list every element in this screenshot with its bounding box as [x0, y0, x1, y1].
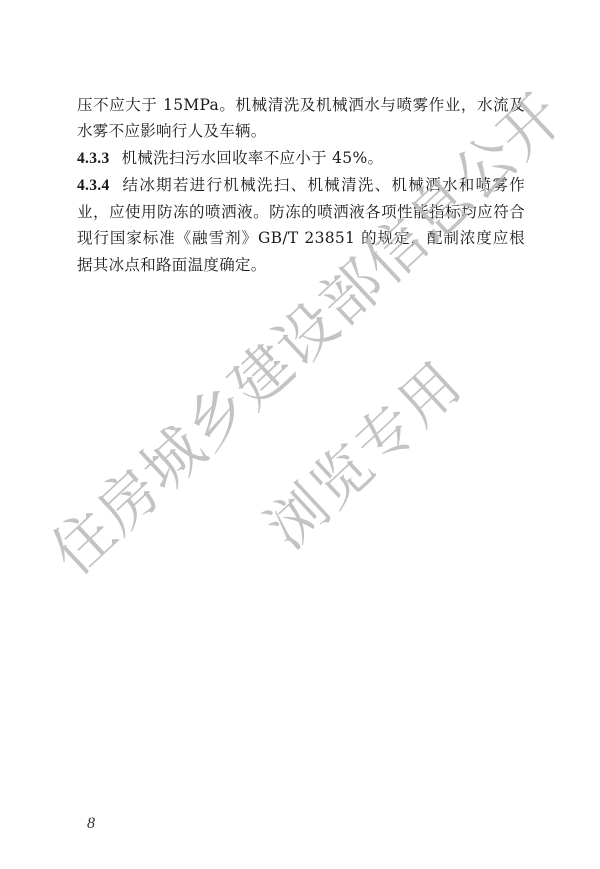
paragraph-continuation: 压不应大于 15MPa。机械清洗及机械洒水与喷雾作业，水流及水雾不应影响行人及车…	[77, 92, 525, 145]
clause-4-3-3: 4.3.3机械洗扫污水回收率不应小于 45%。	[77, 145, 525, 172]
clause-number: 4.3.3	[77, 150, 110, 167]
clause-text: 结冰期若进行机械洗扫、机械清洗、机械洒水和喷雾作业，应使用防冻的喷洒液。防冻的喷…	[77, 176, 525, 274]
document-body: 压不应大于 15MPa。机械清洗及机械洒水与喷雾作业，水流及水雾不应影响行人及车…	[77, 92, 525, 278]
page-number: 8	[87, 815, 95, 833]
paragraph-text: 压不应大于 15MPa。机械清洗及机械洒水与喷雾作业，水流及水雾不应影响行人及车…	[77, 96, 525, 140]
clause-number: 4.3.4	[77, 177, 110, 194]
clause-4-3-4: 4.3.4结冰期若进行机械洗扫、机械清洗、机械洒水和喷雾作业，应使用防冻的喷洒液…	[77, 172, 525, 278]
clause-text: 机械洗扫污水回收率不应小于 45%。	[122, 149, 384, 167]
watermark-line-2: 浏览专用	[245, 339, 478, 564]
